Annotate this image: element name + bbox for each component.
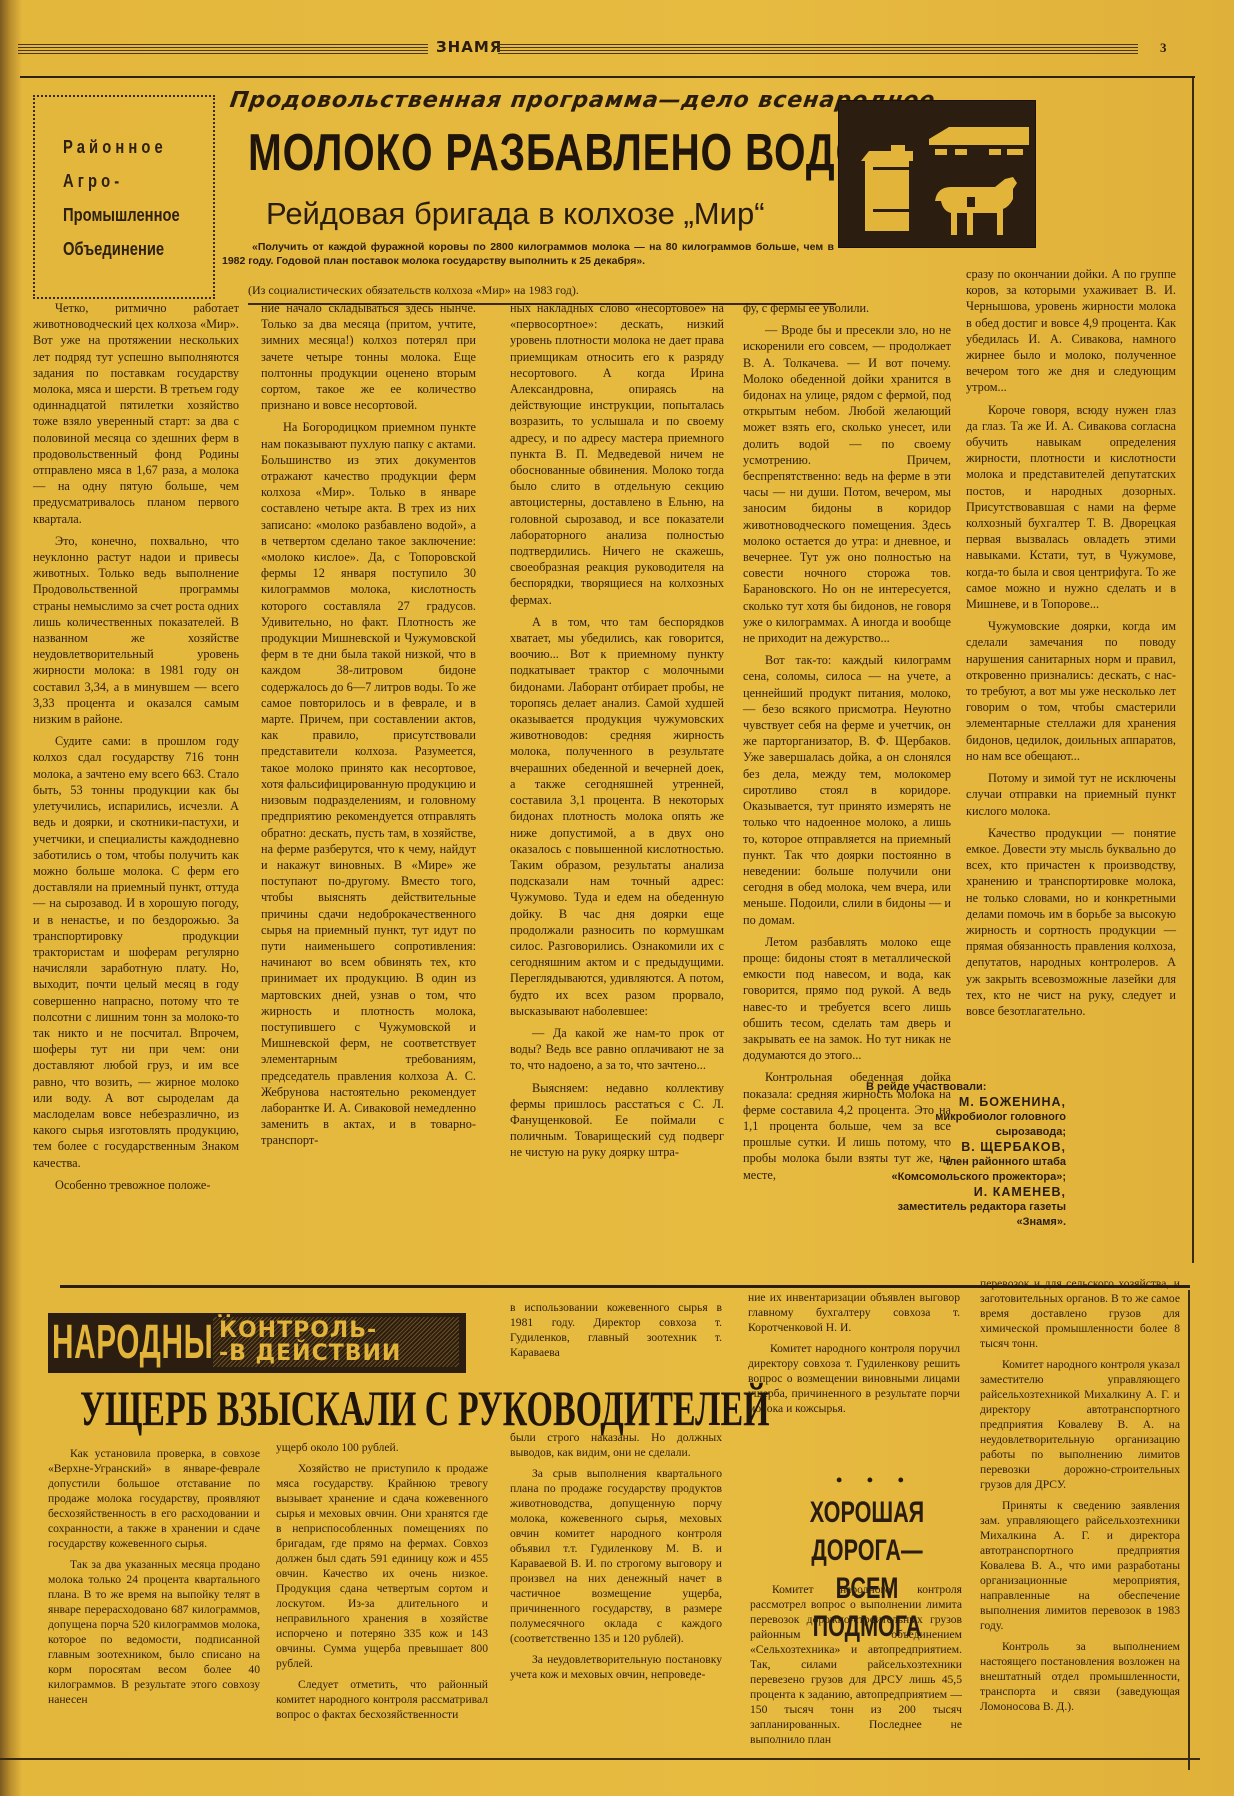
article1-column-3: ных накладных слово «несортовое» на «пер… — [510, 300, 724, 1167]
paragraph: — Вроде бы и пресекли зло, но не искорен… — [743, 322, 951, 646]
paragraph: перевозок и для сельского хозяйства, и з… — [980, 1276, 1180, 1351]
participant-name: И. КАМЕНЕВ, — [866, 1185, 1066, 1200]
rubric-line: Объединение — [63, 235, 164, 264]
paragraph: ние начало складываться здесь нынче. Тол… — [261, 300, 476, 413]
paragraph: — Да какой же нам-то прок от воды? Ведь … — [510, 1025, 724, 1074]
paragraph: ных накладных слово «несортовое» на «пер… — [510, 300, 724, 608]
signature-lead: В рейде участвовали: — [866, 1080, 1066, 1095]
article1-column-4: фу, с фермы ее уволили. — Вроде бы и пре… — [743, 300, 951, 1189]
paragraph: в использовании кожевенного сырья в 1981… — [510, 1300, 722, 1360]
paragraph: Комитет народного контроля указал замест… — [980, 1357, 1180, 1492]
article-rubric: Продовольственная программа—дело всенаро… — [228, 88, 937, 113]
rubric-line: Агро- — [63, 167, 123, 196]
badge-left-text: НАРОДНЫЙ — [52, 1315, 235, 1370]
article3-column-2: перевозок и для сельского хозяйства, и з… — [980, 1276, 1180, 1720]
paragraph: Летом разбавлять молоко еще проще: бидон… — [743, 934, 951, 1064]
participant-name: В. ЩЕРБАКОВ, — [866, 1140, 1066, 1155]
frame-right-bottom — [1188, 1290, 1190, 1770]
masthead-rule-left — [18, 44, 428, 56]
article3-column-1: Комитет народного контроля рассмотрел во… — [750, 1582, 962, 1753]
newspaper-page: ЗНАМЯ 3 Районное Агро- Промышленное Объе… — [0, 0, 1234, 1796]
paragraph: ущерб около 100 рублей. — [276, 1440, 488, 1455]
badge-right-panel: КОНТРОЛЬ- -В ДЕЙСТВИИ — [213, 1317, 459, 1367]
paragraph: Комитет народного контроля рассмотрел во… — [750, 1582, 962, 1747]
paragraph: Приняты к сведению заявления зам. управл… — [980, 1498, 1180, 1633]
paragraph: ние их инвентаризации объявлен выговор г… — [748, 1290, 960, 1335]
paragraph: Судите сами: в прошлом году колхоз сдал … — [33, 733, 239, 1170]
participant-name: М. БОЖЕНИНА, — [866, 1095, 1066, 1110]
paragraph: Короче говоря, всюду нужен глаз да глаз.… — [966, 402, 1176, 613]
paragraph: Особенно тревожное положе- — [33, 1177, 239, 1193]
paragraph: За неудовлетворительную постановку учета… — [510, 1652, 722, 1682]
article-headline: МОЛОКО РАЗБАВЛЕНО ВОДОЙ... — [248, 123, 934, 183]
paragraph: За срыв выполнения квартального плана по… — [510, 1466, 722, 1646]
participant-role: член районного штаба «Комсомольского про… — [866, 1155, 1066, 1185]
paragraph: Потому и зимой тут не исключены случаи о… — [966, 770, 1176, 819]
illustration-icon — [839, 101, 1035, 247]
article1-column-5: сразу по окончании дойки. А по группе ко… — [966, 266, 1176, 1025]
paragraph: Комитет народного контроля поручил дирек… — [748, 1341, 960, 1416]
participant-role: заместитель редактора газеты «Знамя». — [866, 1200, 1066, 1230]
paragraph: Вот так-то: каждый килограмм сена, солом… — [743, 652, 951, 927]
epigraph-source: (Из социалистических обязательств колхоз… — [248, 283, 579, 298]
milk-can-cow-illustration — [838, 100, 1036, 248]
article2-column-2: ущерб около 100 рублей. Хозяйство не при… — [276, 1440, 488, 1728]
paragraph: Четко, ритмично работает животноводчески… — [33, 300, 239, 527]
page-number: 3 — [1160, 40, 1167, 56]
paragraph: Хозяйство не приступило к продаже мяса г… — [276, 1461, 488, 1671]
rubric-badge-people-control: НАРОДНЫЙ КОНТРОЛЬ- -В ДЕЙСТВИИ — [48, 1313, 466, 1373]
top-rule — [20, 76, 1195, 78]
rubric-line: Промышленное — [63, 201, 180, 230]
article2-column-3-top: в использовании кожевенного сырья в 1981… — [510, 1300, 722, 1366]
paragraph: Следует отметить, что районный комитет н… — [276, 1677, 488, 1722]
paragraph: фу, с фермы ее уволили. — [743, 300, 951, 316]
article-epigraph: «Получить от каждой фуражной коровы по 2… — [222, 240, 834, 268]
paragraph: Это, конечно, похвально, что неуклонно р… — [33, 533, 239, 727]
paragraph: Так за два указанных месяца продано моло… — [48, 1557, 260, 1707]
paragraph: На Богородицком приемном пункте нам пока… — [261, 419, 476, 1148]
frame-right — [1192, 78, 1194, 1263]
article1-column-2: ние начало складываться здесь нынче. Тол… — [261, 300, 476, 1155]
paragraph: Контроль за выполнением настоящего поста… — [980, 1639, 1180, 1714]
paragraph: Качество продукции — понятие емкое. Дове… — [966, 825, 1176, 1019]
rubric-box-agro: Районное Агро- Промышленное Объединение — [33, 95, 215, 299]
paragraph: Выясняем: недавно коллективу фермы пришл… — [510, 1080, 724, 1161]
rubric-line: Районное — [63, 133, 167, 162]
article2-headline: УЩЕРБ ВЗЫСКАЛИ С РУКОВОДИТЕЛЕЙ — [80, 1379, 770, 1437]
section-separator: • • • — [836, 1470, 914, 1491]
badge-right-line-2: -В ДЕЙСТВИИ — [219, 1341, 401, 1366]
raid-participants: В рейде участвовали: М. БОЖЕНИНА, микроб… — [866, 1080, 1066, 1230]
newspaper-name: ЗНАМЯ — [436, 38, 502, 56]
masthead-rule-right — [498, 44, 1138, 56]
badge-right-line-1: КОНТРОЛЬ- — [219, 1318, 377, 1343]
article1-column-1: Четко, ритмично работает животноводчески… — [33, 300, 239, 1199]
paragraph: Чужумовские доярки, когда им сделали зам… — [966, 618, 1176, 764]
masthead: ЗНАМЯ 3 — [18, 38, 1173, 62]
paragraph: были строго наказаны. Но должных выводов… — [510, 1430, 722, 1460]
article2-column-1: Как установила проверка, в совхозе «Верх… — [48, 1446, 260, 1713]
paragraph: Как установила проверка, в совхозе «Верх… — [48, 1446, 260, 1551]
paragraph: сразу по окончании дойки. А по группе ко… — [966, 266, 1176, 396]
paragraph: А в том, что там беспорядков хватает, мы… — [510, 614, 724, 1019]
participant-role: микробиолог головного сырозавода; — [866, 1110, 1066, 1140]
article2-column-3: были строго наказаны. Но должных выводов… — [510, 1430, 722, 1688]
article-subheadline: Рейдовая бригада в колхозе „Мир“ — [266, 196, 765, 232]
bottom-rule — [0, 1758, 1200, 1760]
article2-column-4: ние их инвентаризации объявлен выговор г… — [748, 1290, 960, 1422]
